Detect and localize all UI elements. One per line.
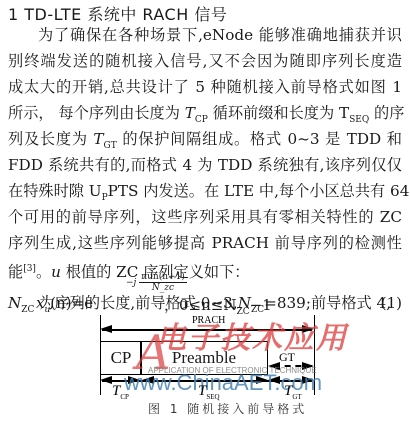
t-gt-label: TGT bbox=[284, 383, 302, 401]
text: 循环前缀和长度为 T bbox=[208, 104, 349, 122]
text: 的保护间隔组成。格式 0~3 是 TDD 和 bbox=[117, 130, 402, 148]
text: 为序列的长度,前导格式 0~3, bbox=[34, 294, 237, 312]
n-subscript: ZC bbox=[21, 305, 34, 315]
t-gt-subscript: GT bbox=[104, 141, 117, 151]
paragraph-line-1: 为了确保在各种场景下,eNode 能够准确地捕获并识 bbox=[38, 22, 402, 48]
t-cp-symbol: T bbox=[185, 104, 195, 122]
arrowhead-left-icon bbox=[100, 325, 112, 333]
arrowhead-left-icon bbox=[100, 376, 112, 384]
text: 在特殊时隙 U bbox=[8, 182, 102, 200]
exponent-prefix: −j bbox=[126, 278, 136, 288]
u-symbol: u bbox=[51, 263, 61, 281]
t-cp-label: TCP bbox=[112, 383, 129, 401]
t-seq-subscript: SEQ bbox=[349, 115, 369, 125]
paragraph-line-9: 序列生成,这些序列能够提高 PRACH 前导序列的检测性 bbox=[8, 230, 402, 256]
paragraph-line-3: 成太大的开销,总共设计了 5 种随机接入前导格式如图 1 bbox=[8, 74, 402, 100]
t-seq-label: TSEQ bbox=[198, 383, 220, 401]
text: 。 bbox=[36, 263, 51, 281]
text: PTS 内发送。在 LTE 中,每个小区总共有 64 bbox=[108, 182, 410, 200]
watermark-chinese: 电子技术应用 bbox=[156, 313, 348, 357]
text: 所示， 每个序列由长度为 bbox=[8, 104, 185, 122]
text: 列及长度为 bbox=[8, 130, 93, 148]
t-cp-subscript: CP bbox=[195, 115, 208, 125]
n-symbol: N bbox=[8, 294, 21, 312]
prach-preamble-figure: PRACH CP Preamble GT A 电子技术应用 APPLICATIO… bbox=[98, 315, 338, 400]
paragraph-line-6: FDD 系统共有的,而格式 4 为 TDD 系统独有,该序列仅仅 bbox=[8, 152, 402, 178]
paragraph-line-2: 别终端发送的随机接入信号,又不会因为随即序列长度造 bbox=[8, 48, 402, 74]
fraction-numerator: πun(n+1) bbox=[139, 272, 187, 283]
text: 的序 bbox=[369, 104, 404, 122]
paragraph-line-8: 个可用的前导序列，这些序列采用具有零相关特性的 ZC bbox=[8, 204, 402, 230]
t-gt-symbol: T bbox=[93, 130, 103, 148]
figure-caption: 图 1 随机接入前导格式 bbox=[148, 400, 307, 417]
text: 能 bbox=[8, 263, 23, 281]
citation-reference[interactable]: [3] bbox=[23, 264, 36, 274]
text: =839;前导格式 4, bbox=[264, 294, 391, 312]
cp-subscript: CP bbox=[120, 393, 129, 401]
n-symbol: N bbox=[238, 294, 251, 312]
